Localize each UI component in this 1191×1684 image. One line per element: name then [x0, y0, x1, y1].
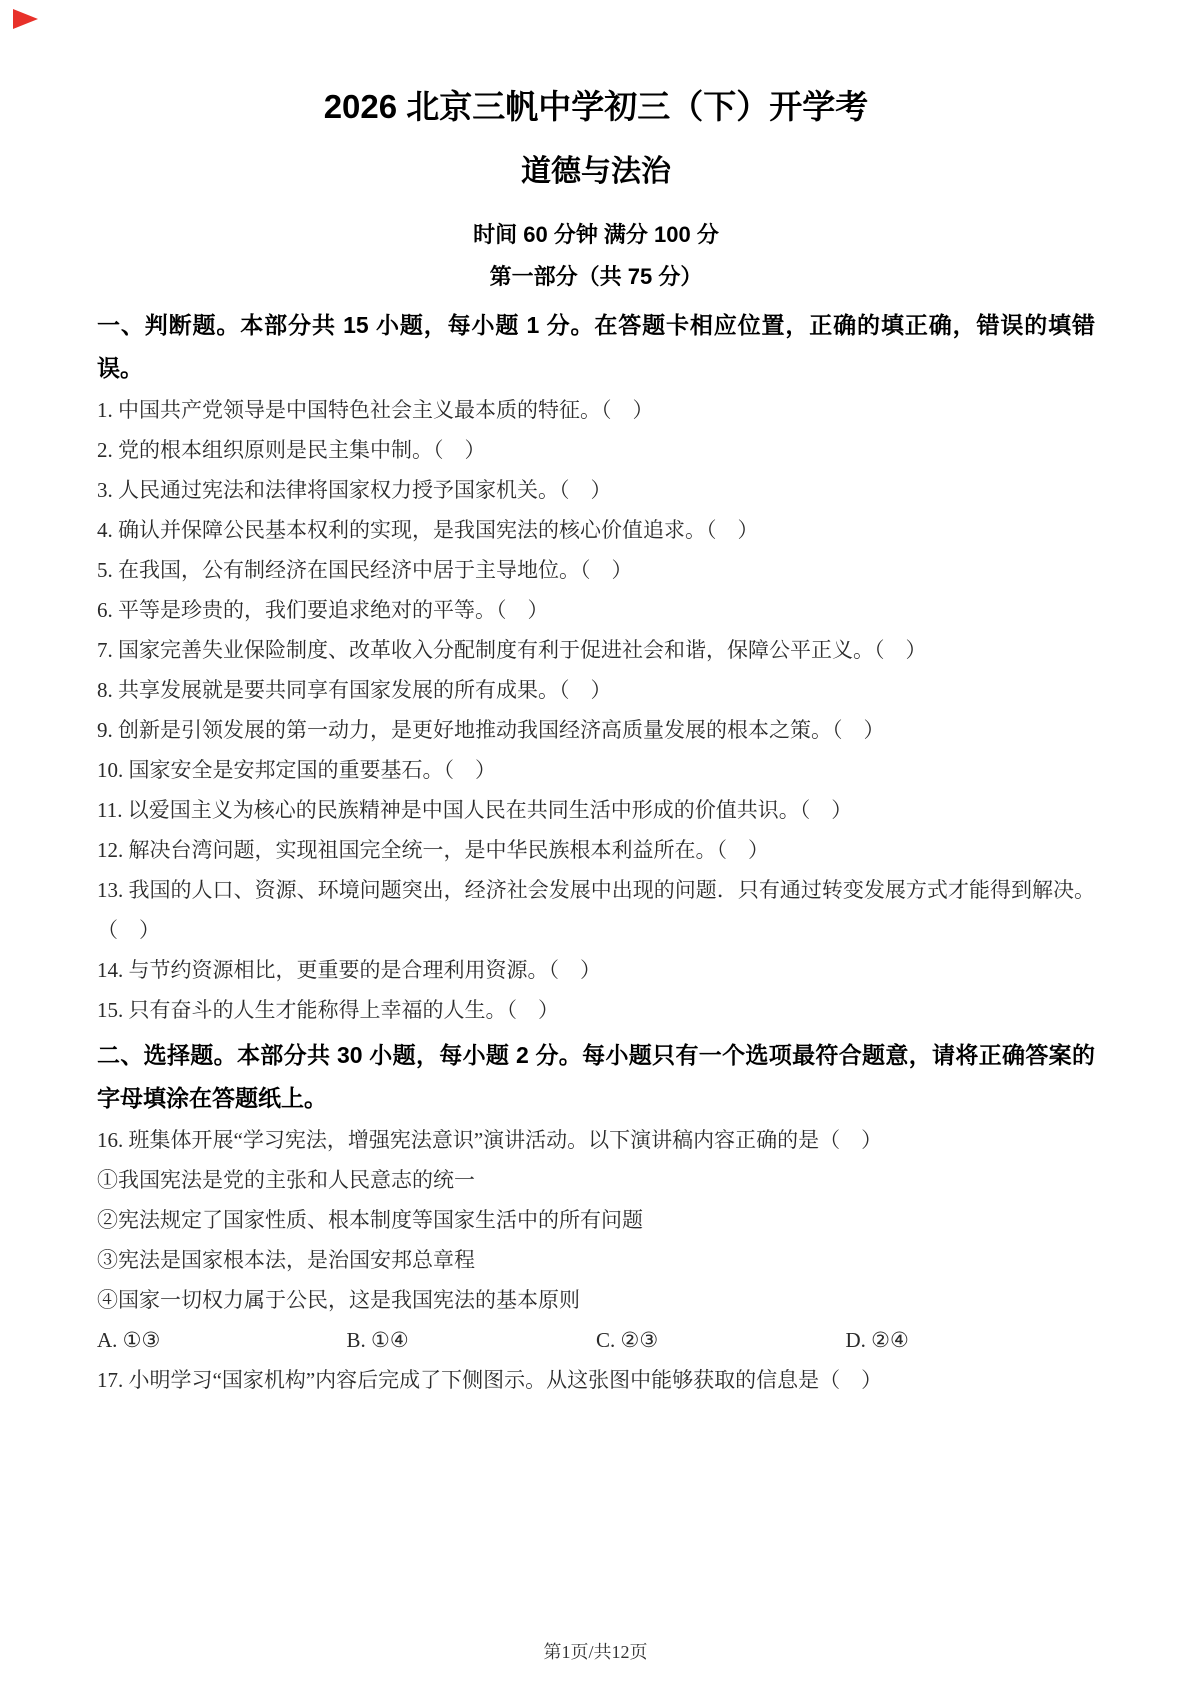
- question-12: 12. 解决台湾问题，实现祖国完全统一，是中华民族根本利益所在。（ ）: [97, 830, 1095, 870]
- option-c: C. ②③: [596, 1320, 846, 1360]
- question-16-stem: 16. 班集体开展“学习宪法，增强宪法意识”演讲活动。以下演讲稿内容正确的是（ …: [97, 1120, 1095, 1160]
- question-7: 7. 国家完善失业保险制度、改革收入分配制度有利于促进社会和谐，保障公平正义。（…: [97, 630, 1095, 670]
- exam-meta: 时间 60 分钟 满分 100 分: [97, 220, 1095, 250]
- question-16-options: A. ①③ B. ①④ C. ②③ D. ②④: [97, 1320, 1095, 1360]
- section1-heading: 一、判断题。本部分共 15 小题，每小题 1 分。在答题卡相应位置，正确的填正确…: [97, 304, 1095, 390]
- question-16-item-1: ①我国宪法是党的主张和人民意志的统一: [97, 1160, 1095, 1200]
- exam-title: 2026 北京三帆中学初三（下）开学考: [97, 86, 1095, 128]
- question-6: 6. 平等是珍贵的，我们要追求绝对的平等。（ ）: [97, 590, 1095, 630]
- page-footer: 第1页/共12页: [0, 1638, 1191, 1664]
- question-13: 13. 我国的人口、资源、环境问题突出，经济社会发展中出现的问题．只有通过转变发…: [97, 870, 1095, 950]
- question-17-stem: 17. 小明学习“国家机构”内容后完成了下侧图示。从这张图中能够获取的信息是（ …: [97, 1360, 1095, 1400]
- question-5: 5. 在我国，公有制经济在国民经济中居于主导地位。（ ）: [97, 550, 1095, 590]
- question-15: 15. 只有奋斗的人生才能称得上幸福的人生。（ ）: [97, 990, 1095, 1030]
- question-3: 3. 人民通过宪法和法律将国家权力授予国家机关。（ ）: [97, 470, 1095, 510]
- question-16-item-3: ③宪法是国家根本法，是治国安邦总章程: [97, 1240, 1095, 1280]
- part-heading: 第一部分（共 75 分）: [97, 262, 1095, 292]
- question-8: 8. 共享发展就是要共同享有国家发展的所有成果。（ ）: [97, 670, 1095, 710]
- question-10: 10. 国家安全是安邦定国的重要基石。（ ）: [97, 750, 1095, 790]
- option-a: A. ①③: [97, 1320, 347, 1360]
- question-11: 11. 以爱国主义为核心的民族精神是中国人民在共同生活中形成的价值共识。（ ）: [97, 790, 1095, 830]
- question-4: 4. 确认并保障公民基本权利的实现，是我国宪法的核心价值追求。（ ）: [97, 510, 1095, 550]
- exam-paper-page: 2026 北京三帆中学初三（下）开学考 道德与法治 时间 60 分钟 满分 10…: [0, 0, 1191, 1684]
- corner-flag-icon: [13, 9, 38, 29]
- question-9: 9. 创新是引领发展的第一动力，是更好地推动我国经济高质量发展的根本之策。（ ）: [97, 710, 1095, 750]
- subject-title: 道德与法治: [97, 152, 1095, 192]
- question-14: 14. 与节约资源相比，更重要的是合理利用资源。（ ）: [97, 950, 1095, 990]
- option-b: B. ①④: [347, 1320, 597, 1360]
- question-16-item-2: ②宪法规定了国家性质、根本制度等国家生活中的所有问题: [97, 1200, 1095, 1240]
- question-1: 1. 中国共产党领导是中国特色社会主义最本质的特征。（ ）: [97, 390, 1095, 430]
- question-16-item-4: ④国家一切权力属于公民，这是我国宪法的基本原则: [97, 1280, 1095, 1320]
- question-2: 2. 党的根本组织原则是民主集中制。（ ）: [97, 430, 1095, 470]
- option-d: D. ②④: [846, 1320, 1096, 1360]
- section2-heading: 二、选择题。本部分共 30 小题，每小题 2 分。每小题只有一个选项最符合题意，…: [97, 1034, 1095, 1120]
